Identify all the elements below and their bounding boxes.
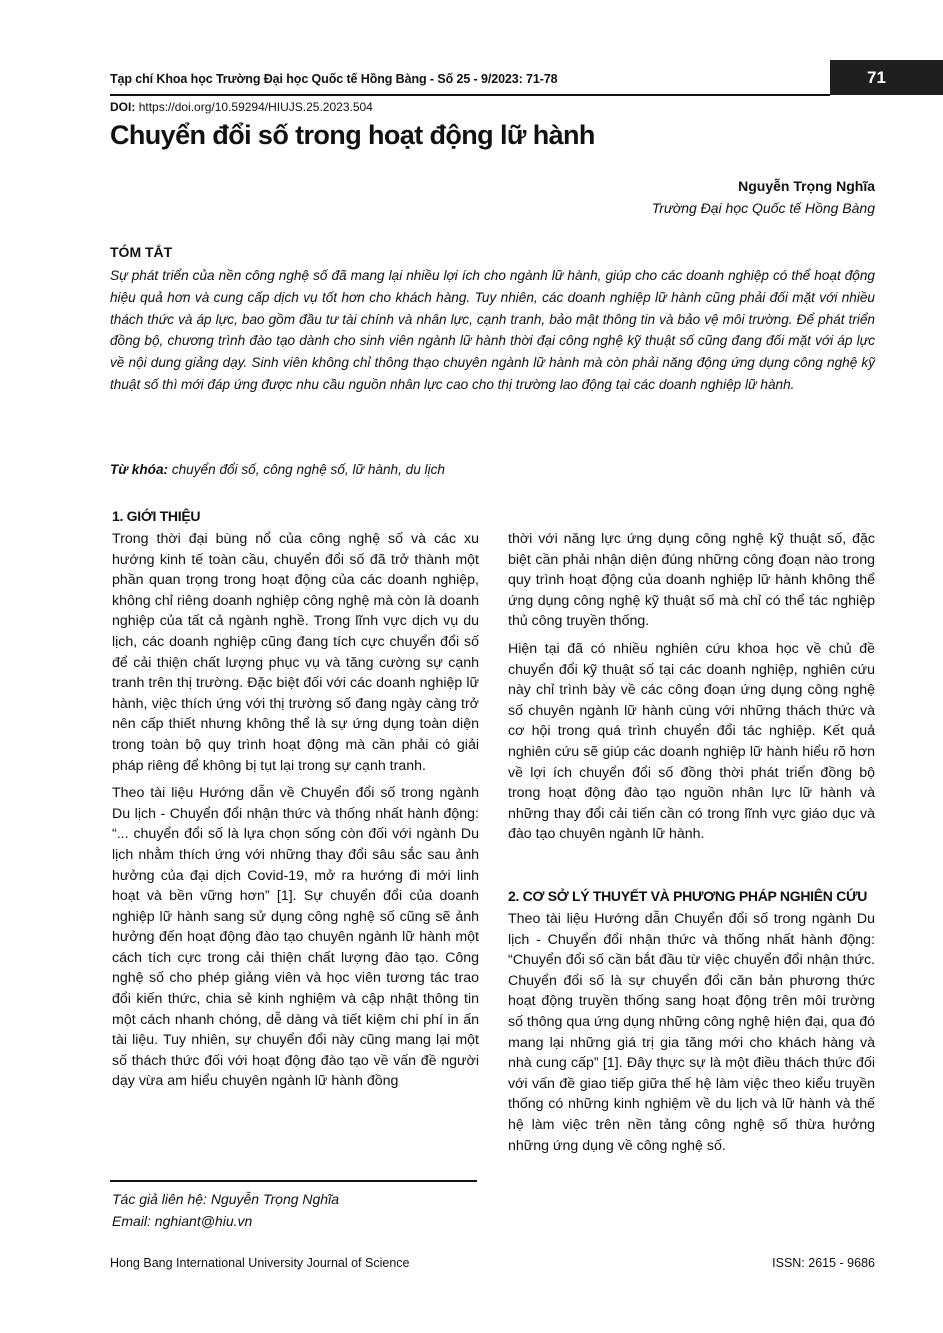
author-affiliation: Trường Đại học Quốc tế Hồng Bàng bbox=[652, 200, 875, 216]
running-header: Tạp chí Khoa học Trường Đại học Quốc tế … bbox=[110, 66, 830, 96]
footnote-divider bbox=[110, 1180, 477, 1182]
article-title: Chuyển đổi số trong hoạt động lữ hành bbox=[110, 120, 595, 151]
abstract-text: Sự phát triển của nền công nghệ số đã ma… bbox=[110, 265, 875, 396]
right-column: thời với năng lực ứng dụng công nghệ kỹ … bbox=[508, 529, 875, 852]
page-number: 71 bbox=[867, 68, 886, 88]
left-column: Trong thời đại bùng nổ của công nghệ số … bbox=[112, 529, 479, 1099]
paragraph: Theo tài liệu Hướng dẫn về Chuyển đổi số… bbox=[112, 783, 479, 1092]
footer-journal-name: Hong Bang International University Journ… bbox=[110, 1256, 409, 1270]
page-number-box: 71 bbox=[830, 60, 943, 95]
doi-line: DOI: https://doi.org/10.59294/HIUJS.25.2… bbox=[110, 100, 373, 114]
right-column-section-2: Theo tài liệu Hướng dẫn Chuyển đổi số tr… bbox=[508, 909, 875, 1163]
keywords-line: Từ khóa: chuyển đổi số, công nghệ số, lữ… bbox=[110, 462, 445, 477]
section-2-heading: 2. CƠ SỞ LÝ THUYẾT VÀ PHƯƠNG PHÁP NGHIÊN… bbox=[508, 888, 867, 904]
journal-citation: Tạp chí Khoa học Trường Đại học Quốc tế … bbox=[110, 72, 558, 86]
paragraph: thời với năng lực ứng dụng công nghệ kỹ … bbox=[508, 529, 875, 632]
footer-issn: ISSN: 2615 - 9686 bbox=[772, 1256, 875, 1270]
corresponding-author: Tác giả liên hệ: Nguyễn Trọng Nghĩa bbox=[112, 1191, 339, 1207]
keywords-value: chuyển đổi số, công nghệ số, lữ hành, du… bbox=[172, 462, 445, 477]
paragraph: Theo tài liệu Hướng dẫn Chuyển đổi số tr… bbox=[508, 909, 875, 1156]
author-email[interactable]: Email: nghiant@hiu.vn bbox=[112, 1213, 252, 1229]
section-1-heading: 1. GIỚI THIỆU bbox=[112, 508, 200, 524]
author-name: Nguyễn Trọng Nghĩa bbox=[738, 178, 875, 194]
paragraph: Hiện tại đã có nhiều nghiên cứu khoa học… bbox=[508, 639, 875, 845]
keywords-label: Từ khóa: bbox=[110, 462, 168, 477]
doi-link[interactable]: https://doi.org/10.59294/HIUJS.25.2023.5… bbox=[139, 100, 373, 114]
abstract-heading: TÓM TẮT bbox=[110, 244, 172, 260]
doi-label: DOI: bbox=[110, 100, 135, 114]
paragraph: Trong thời đại bùng nổ của công nghệ số … bbox=[112, 529, 479, 776]
